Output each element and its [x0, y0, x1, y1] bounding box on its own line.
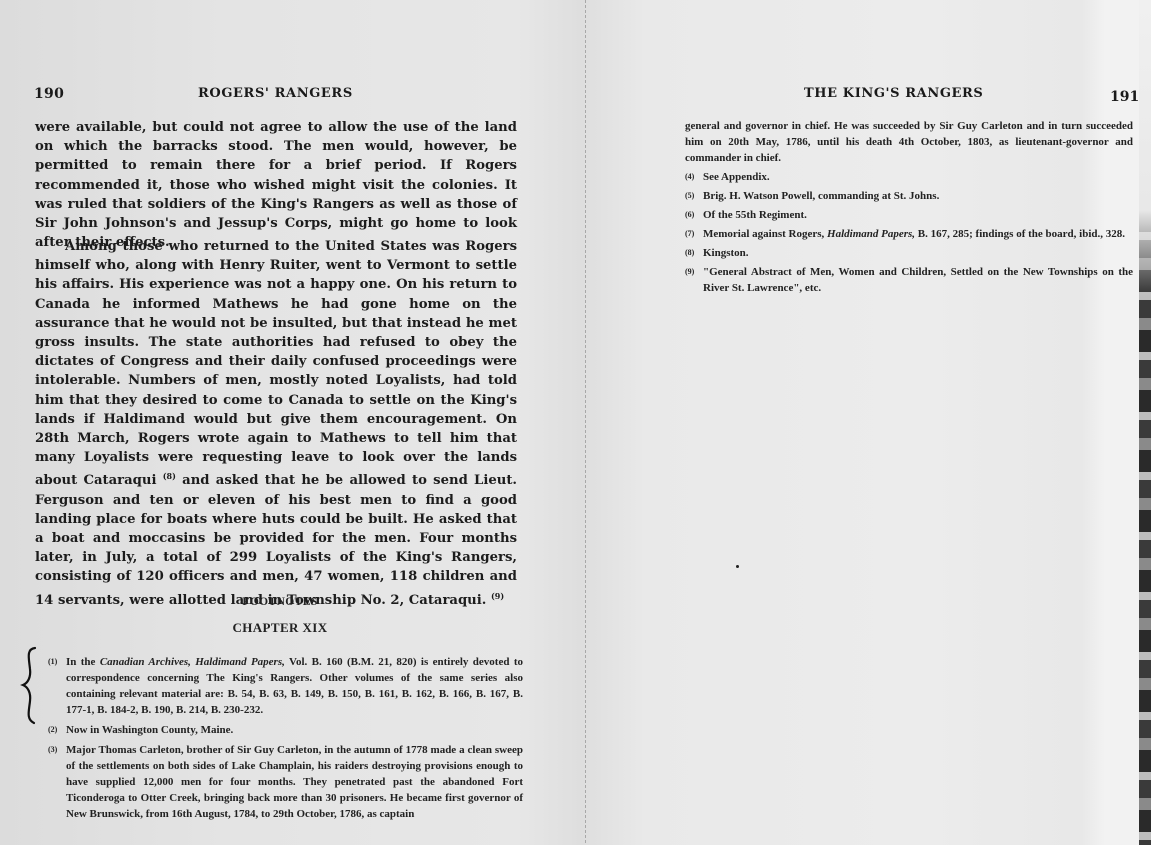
- book-spread: 190 ROGERS' RANGERS were available, but …: [0, 0, 1151, 845]
- right-page: THE KING'S RANGERS 191 general and gover…: [586, 0, 1151, 845]
- handwritten-brace-mark: [20, 645, 40, 725]
- footnote-marker: (1): [48, 654, 57, 670]
- footnote-marker: (2): [48, 722, 57, 738]
- footnote-7: (7)Memorial against Rogers, Haldimand Pa…: [685, 226, 1133, 242]
- footnotes-heading: FOOTNOTES: [0, 596, 560, 608]
- paragraph-text-main: Among those who returned to the United S…: [35, 239, 517, 488]
- body-paragraph-2: Among those who returned to the United S…: [35, 237, 517, 610]
- footnote-marker: (4): [685, 169, 694, 185]
- footnote-italic-title: Canadian Archives, Haldimand Papers,: [100, 656, 285, 668]
- footnote-text: In the: [66, 656, 100, 668]
- footnote-4: (4)See Appendix.: [685, 169, 1133, 185]
- footnote-6: (6)Of the 55th Regiment.: [685, 207, 1133, 223]
- footnote-9: (9)"General Abstract of Men, Women and C…: [685, 264, 1133, 296]
- page-number-right: 191: [1110, 89, 1139, 105]
- footnote-3-continuation: general and governor in chief. He was su…: [685, 118, 1133, 166]
- footnote-marker: (9): [685, 264, 694, 280]
- running-head-right: THE KING'S RANGERS: [804, 86, 983, 101]
- footnote-ref-8[interactable]: (8): [163, 471, 176, 481]
- body-paragraph-1: were available, but could not agree to a…: [35, 118, 517, 252]
- footnote-text: B. 167, 285; findings of the board, ibid…: [915, 228, 1125, 240]
- paragraph-text: Among those who returned to the United S…: [35, 237, 517, 610]
- footnote-italic-title: Haldimand Papers,: [827, 228, 915, 240]
- footnote-text: See Appendix.: [703, 171, 770, 183]
- chapter-heading: CHAPTER XIX: [0, 620, 560, 636]
- footnote-2: (2)Now in Washington County, Maine.: [48, 722, 523, 738]
- page-number-left: 190: [34, 86, 64, 102]
- footnote-text: Brig. H. Watson Powell, commanding at St…: [703, 190, 939, 202]
- paper-speck: [736, 565, 739, 568]
- footnote-5: (5)Brig. H. Watson Powell, commanding at…: [685, 188, 1133, 204]
- footnote-3: (3)Major Thomas Carleton, brother of Sir…: [48, 742, 523, 822]
- footnotes-list-right: general and governor in chief. He was su…: [685, 118, 1133, 299]
- left-page: 190 ROGERS' RANGERS were available, but …: [0, 0, 585, 845]
- footnote-text: Now in Washington County, Maine.: [66, 724, 233, 736]
- footnote-marker: (7): [685, 226, 694, 242]
- footnote-text: Major Thomas Carleton, brother of Sir Gu…: [66, 744, 523, 820]
- running-head-left: ROGERS' RANGERS: [198, 86, 353, 101]
- footnote-marker: (3): [48, 742, 57, 758]
- paragraph-text-tail: and asked that he be allowed to send Lie…: [35, 473, 517, 607]
- footnote-marker: (8): [685, 245, 694, 261]
- footnote-text: Kingston.: [703, 247, 749, 259]
- footnote-1: (1)In the Canadian Archives, Haldimand P…: [48, 654, 523, 718]
- footnote-text: Memorial against Rogers,: [703, 228, 827, 240]
- footnote-text: Of the 55th Regiment.: [703, 209, 807, 221]
- footnote-marker: (5): [685, 188, 694, 204]
- footnote-text: "General Abstract of Men, Women and Chil…: [703, 266, 1133, 294]
- paragraph-text: were available, but could not agree to a…: [35, 118, 517, 252]
- footnotes-list-left: (1)In the Canadian Archives, Haldimand P…: [48, 654, 523, 826]
- footnote-8: (8)Kingston.: [685, 245, 1133, 261]
- footnote-marker: (6): [685, 207, 694, 223]
